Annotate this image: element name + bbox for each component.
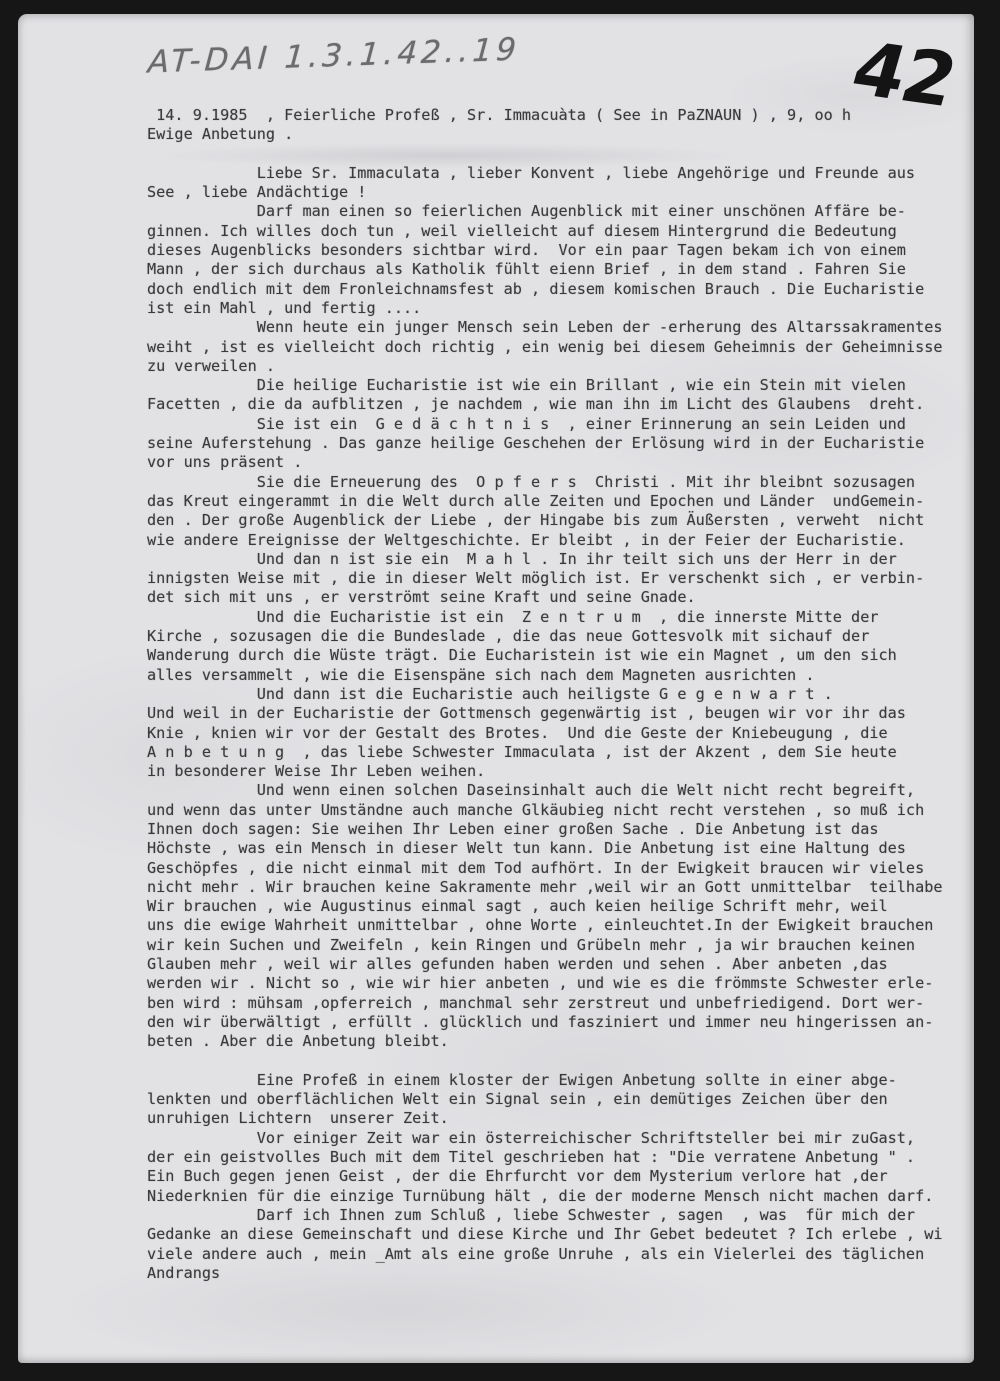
text-line: Und weil in der Eucharistie der Gottmens… [147, 704, 974, 723]
text-line: den wir überwältigt , erfüllt . glücklic… [147, 1013, 974, 1032]
text-line: beten . Aber die Anbetung bleibt. [147, 1032, 974, 1051]
text-line: seine Auferstehung . Das ganze heilige G… [147, 434, 974, 453]
text-line: Gedanke an diese Gemeinschaft und diese … [147, 1225, 974, 1244]
text-line: Liebe Sr. Immaculata , lieber Konvent , … [147, 164, 974, 183]
scan-background: AT-DAI 1.3.1.42..19 42 14. 9.1985 , Feie… [0, 0, 1000, 1381]
text-line: Knie , knien wir vor der Gestalt des Bro… [147, 724, 974, 743]
paper: AT-DAI 1.3.1.42..19 42 14. 9.1985 , Feie… [18, 14, 974, 1363]
text-line: Ein Buch gegen jenen Geist , der die Ehr… [147, 1167, 974, 1186]
text-line: Vor einiger Zeit war ein österreichische… [147, 1129, 974, 1148]
text-line: Darf man einen so feierlichen Augenblick… [147, 202, 974, 221]
text-line: Und dan n ist sie ein M a h l . In ihr t… [147, 550, 974, 569]
text-line: wir kein Suchen und Zweifeln , kein Ring… [147, 936, 974, 955]
text-line: Ihnen doch sagen: Sie weihen Ihr Leben e… [147, 820, 974, 839]
text-line: ginnen. Ich willes doch tun , weil viell… [147, 222, 974, 241]
text-line: Eine Profeß in einem kloster der Ewigen … [147, 1071, 974, 1090]
archive-signature: AT-DAI 1.3.1.42..19 [147, 31, 521, 80]
text-line: Sie ist ein G e d ä c h t n i s , einer … [147, 415, 974, 434]
text-line: Andrangs [147, 1264, 974, 1283]
text-line: Und dann ist die Eucharistie auch heilig… [147, 685, 974, 704]
text-line: Kirche , sozusagen die die Bundeslade , … [147, 627, 974, 646]
text-line: vor uns präsent . [147, 453, 974, 472]
text-line: das Kreut eingerammt in die Welt durch a… [147, 492, 974, 511]
text-line: dieses Augenblicks besonders sichtbar wi… [147, 241, 974, 260]
text-line [147, 1052, 974, 1071]
text-line: Die heilige Eucharistie ist wie ein Bril… [147, 376, 974, 395]
text-line: den . Der große Augenblick der Liebe , d… [147, 511, 974, 530]
text-line: lenkten und oberflächlichen Welt ein Sig… [147, 1090, 974, 1109]
text-line: A n b e t u n g , das liebe Schwester Im… [147, 743, 974, 762]
text-line: viele andere auch , mein _Amt als eine g… [147, 1245, 974, 1264]
text-line: Niederknien für die einzige Turnübung hä… [147, 1187, 974, 1206]
text-line: Ewige Anbetung . [147, 125, 974, 144]
text-line: ben wird : mühsam ,opferreich , manchmal… [147, 994, 974, 1013]
text-line: nicht mehr . Wir brauchen keine Sakramen… [147, 878, 974, 897]
text-line: Höchste , was ein Mensch in dieser Welt … [147, 839, 974, 858]
text-line: in besonderer Weise Ihr Leben weihen. [147, 762, 974, 781]
text-line: doch endlich mit dem Fronleichnamsfest a… [147, 280, 974, 299]
text-line: Sie die Erneuerung des O p f e r s Chris… [147, 473, 974, 492]
text-line: zu verweilen . [147, 357, 974, 376]
text-line: werden wir . Nicht so , wie wir hier anb… [147, 974, 974, 993]
text-line: innigsten Weise mit , die in dieser Welt… [147, 569, 974, 588]
typewritten-text: 14. 9.1985 , Feierliche Profeß , Sr. Imm… [147, 106, 974, 1283]
text-line: Wir brauchen , wie Augustinus einmal sag… [147, 897, 974, 916]
text-line: det sich mit uns , er verströmt seine Kr… [147, 588, 974, 607]
text-line: alles versammelt , wie die Eisenspäne si… [147, 666, 974, 685]
text-line: Glauben mehr , weil wir alles gefunden h… [147, 955, 974, 974]
text-line: der ein geistvolles Buch mit dem Titel g… [147, 1148, 974, 1167]
text-line: Mann , der sich durchaus als Katholik fü… [147, 260, 974, 279]
text-line: und wenn das unter Umständne auch manche… [147, 801, 974, 820]
text-line: 14. 9.1985 , Feierliche Profeß , Sr. Imm… [147, 106, 974, 125]
text-line: ist ein Mahl , und fertig .... [147, 299, 974, 318]
text-line: weiht , ist es vielleicht doch richtig ,… [147, 338, 974, 357]
text-line: uns die ewige Wahrheit unmittelbar , ohn… [147, 916, 974, 935]
text-line: unruhigen Lichtern unserer Zeit. [147, 1109, 974, 1128]
text-line [147, 145, 974, 164]
text-line: Geschöpfes , die nicht einmal mit dem To… [147, 859, 974, 878]
text-line: Darf ich Ihnen zum Schluß , liebe Schwes… [147, 1206, 974, 1225]
text-line: Facetten , die da aufblitzen , je nachde… [147, 395, 974, 414]
text-line: Und wenn einen solchen Daseinsinhalt auc… [147, 781, 974, 800]
text-line: Wanderung durch die Wüste trägt. Die Euc… [147, 646, 974, 665]
text-line: Wenn heute ein junger Mensch sein Leben … [147, 318, 974, 337]
text-line: Und die Eucharistie ist ein Z e n t r u … [147, 608, 974, 627]
text-line: wie andere Ereignisse der Weltgeschichte… [147, 531, 974, 550]
text-line: See , liebe Andächtige ! [147, 183, 974, 202]
